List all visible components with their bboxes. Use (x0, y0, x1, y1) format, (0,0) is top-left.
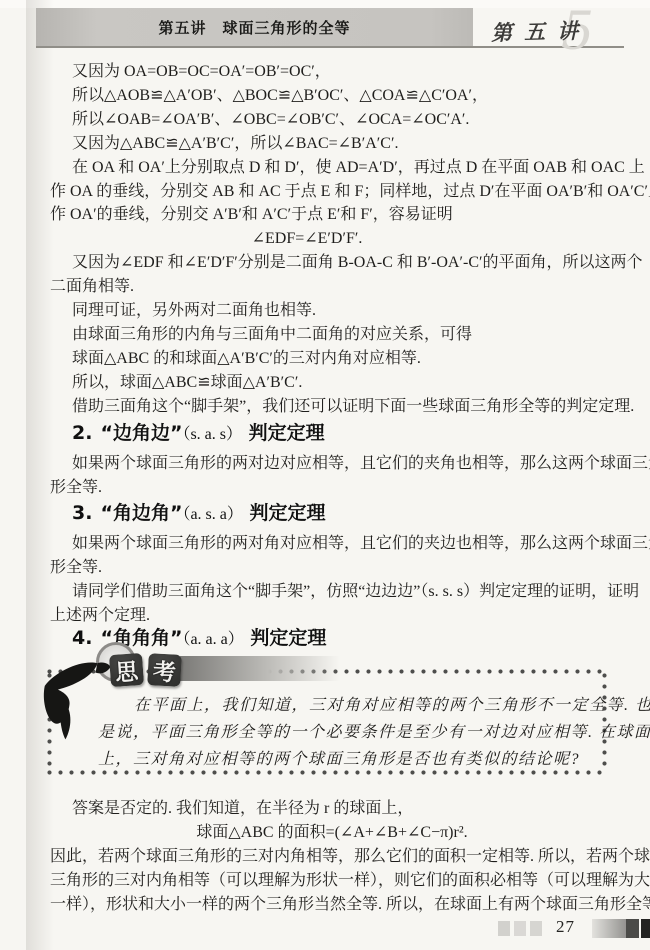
section-sas: 2.“边角边”（s. a. s） 判定定理 如果两个球面三角形的两对边对应相等，… (50, 420, 614, 500)
section-asa: 3.“角边角”（a. s. a） 判定定理 如果两个球面三角形的两对角对应相等，… (50, 500, 614, 628)
text-line: 请同学们借助三面角这个“脚手架”，仿照“边边边”（s. s. s）判定定理的证明… (50, 580, 614, 604)
think-callout-box: 思 考 在平面上，我们知道，三对角对应相等的两个三角形不一定全等. 也就 是说，… (46, 668, 608, 776)
think-char-badge: 考 (147, 653, 182, 687)
text-line: 又因为 OA=OB=OC=OA′=OB′=OC′， (50, 60, 614, 84)
think-char-badge: 思 (109, 653, 144, 687)
proof-paragraphs: 又因为 OA=OB=OC=OA′=OB′=OC′， 所以△AOB≌△A′OB′、… (50, 60, 614, 419)
text-line: 球面△ABC 的和球面△A′B′C′的三对内角对应相等. (50, 347, 614, 371)
text-line: 一样），形状和大小一样的两个三角形当然全等. 所以，在球面上有两个球面三角形全等 (50, 893, 614, 917)
chapter-title-bar: 第五讲 球面三角形的全等 (36, 8, 473, 46)
text-line: 在平面上，我们知道，三对角对应相等的两个三角形不一定全等. 也就 (98, 692, 558, 719)
text-line: 又因为△ABC≌△A′B′C′，所以∠BAC=∠B′A′C′. (50, 132, 614, 156)
section-number: 3. (72, 502, 100, 524)
section-heading-asa: 3.“角边角”（a. s. a） 判定定理 (50, 500, 614, 528)
text-line: 二面角相等. (50, 275, 614, 299)
text-line: 如果两个球面三角形的两对边对应相等，且它们的夹角也相等，那么这两个球面三角 (50, 452, 614, 476)
think-text: 在平面上，我们知道，三对角对应相等的两个三角形不一定全等. 也就 是说，平面三角… (98, 692, 558, 773)
footer-gradient-bar (592, 919, 626, 938)
dotted-border-right (601, 672, 608, 772)
chapter-calligraphy-title: 第五讲 (491, 15, 591, 48)
header-right-area: 5 第五讲 (473, 8, 624, 46)
text-line: 作 OA′的垂线，分别交 A′B′和 A′C′于点 E′和 F′，容易证明 (50, 203, 614, 227)
section-title-tail: 判定定理 (250, 502, 326, 524)
page-footer: 27 (0, 916, 650, 946)
text-line: 由球面三角形的内角与三面角中二面角的对应关系，可得 (50, 323, 614, 347)
text-line: 借助三面角这个“脚手架”，我们还可以证明下面一些球面三角形全等的判定定理. (50, 395, 614, 419)
scan-top-edge (0, 0, 650, 8)
text-line: 作 OA 的垂线，分别交 AB 和 AC 于点 E 和 F；同样地，过点 D′在… (50, 180, 614, 204)
text-line: 形全等. (50, 476, 614, 500)
section-number: 2. (72, 422, 100, 444)
section-title-quoted: “边角边” (100, 422, 182, 444)
centered-formula: 球面△ABC 的面积=(∠A+∠B+∠C−π)r². (50, 821, 614, 845)
text-line: 因此，若两个球面三角形的三对内角相等，那么它们的面积一定相等. 所以，若两个球面 (50, 845, 614, 869)
footer-dark-square (626, 919, 639, 938)
text-line: 所以∠OAB=∠OA′B′、∠OBC=∠OB′C′、∠OCA=∠OC′A′. (50, 108, 614, 132)
footer-watermark (498, 921, 510, 936)
answer-paragraph: 答案是否定的. 我们知道，在半径为 r 的球面上， 球面△ABC 的面积=(∠A… (50, 797, 614, 917)
text-line: 形全等. (50, 556, 614, 580)
text-line: 三角形的三对内角相等（可以理解为形状一样），则它们的面积必相等（可以理解为大小 (50, 869, 614, 893)
text-line: 在 OA 和 OA′上分别取点 D 和 D′，使 AD=A′D′，再过点 D 在… (50, 156, 614, 180)
text-line: 同理可证，另外两对二面角也相等. (50, 299, 614, 323)
page-number: 27 (556, 917, 575, 937)
text-line: 上，三对角对应相等的两个球面三角形是否也有类似的结论呢? (98, 746, 558, 773)
section-title-tail: 判定定理 (249, 422, 325, 444)
centered-formula: ∠EDF=∠E′D′F′. (50, 227, 614, 251)
chapter-title: 第五讲 球面三角形的全等 (158, 17, 350, 38)
section-title-quoted: “角边角” (100, 502, 182, 524)
footer-watermark (514, 921, 526, 936)
text-line: 答案是否定的. 我们知道，在半径为 r 的球面上， (50, 797, 614, 821)
footer-watermark (530, 921, 542, 936)
book-page: 第五讲 球面三角形的全等 5 第五讲 又因为 OA=OB=OC=OA′=OB′=… (0, 0, 650, 950)
text-line: 如果两个球面三角形的两对角对应相等，且它们的夹边也相等，那么这两个球面三角 (50, 532, 614, 556)
footer-dark-square (641, 919, 650, 938)
text-line: 是说，平面三角形全等的一个必要条件是至少有一对边对应相等. 在球面 (98, 719, 558, 746)
text-line: 又因为∠EDF 和∠E′D′F′分别是二面角 B-OA-C 和 B′-OA′-C… (50, 251, 614, 275)
text-line: 所以△AOB≌△A′OB′、△BOC≌△B′OC′、△COA≌△C′OA′， (50, 84, 614, 108)
section-heading-sas: 2.“边角边”（s. a. s） 判定定理 (50, 420, 614, 448)
label-gradient-bar (180, 656, 340, 681)
page-header: 第五讲 球面三角形的全等 5 第五讲 (36, 8, 624, 48)
section-abbr: （a. s. a） (182, 506, 242, 523)
text-line: 所以，球面△ABC≌球面△A′B′C′. (50, 371, 614, 395)
section-abbr: （s. a. s） (182, 426, 242, 443)
